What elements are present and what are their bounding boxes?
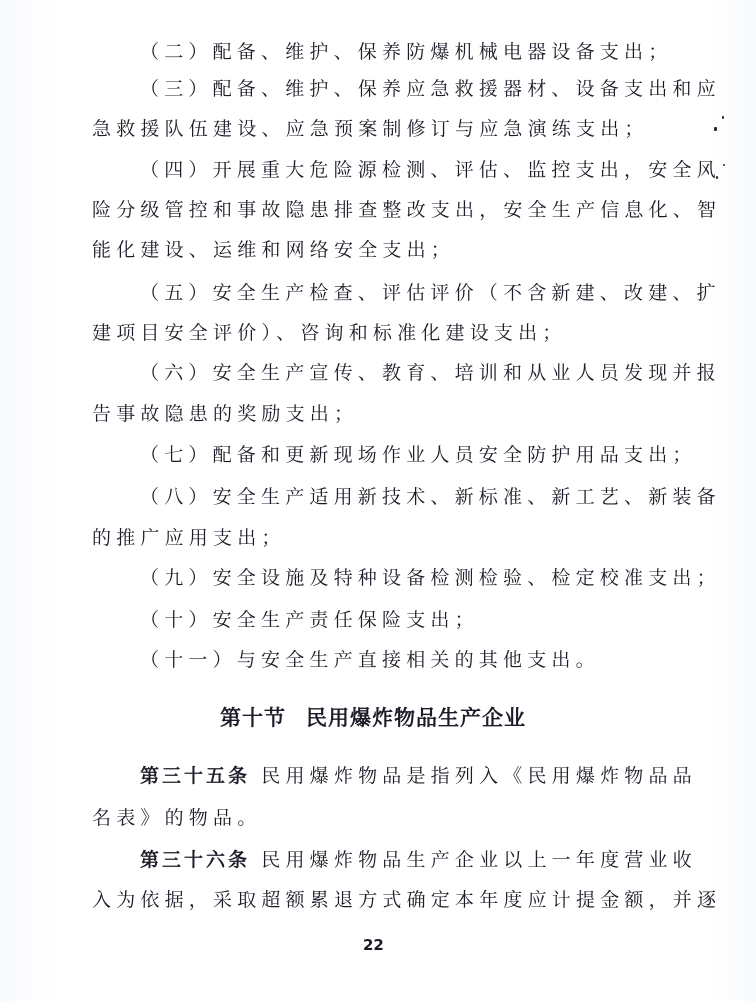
article-35: 第三十五条 民用爆炸物品是指列入《民用爆炸物品品 xyxy=(140,763,697,789)
article-35-text: 民用爆炸物品是指列入《民用爆炸物品品 xyxy=(261,765,697,787)
list-item-3: （三）配备、维护、保养应急救援器材、设备支出和应 xyxy=(140,76,721,102)
list-item-5-continuation: 建项目安全评价）、咨询和标准化建设支出； xyxy=(92,320,567,346)
page-number: 22 xyxy=(363,936,384,954)
list-item-3-continuation: 急救援队伍建设、应急预案制修订与应急演练支出； xyxy=(92,116,649,142)
scan-speck xyxy=(722,116,724,119)
article-35-label: 第三十五条 xyxy=(140,765,250,787)
article-35-continuation: 名表》的物品。 xyxy=(92,805,261,831)
article-36-continuation: 入为依据，采取超额累退方式确定本年度应计提金额，并逐 xyxy=(92,887,721,913)
section-heading: 第十节民用爆炸物品生产企业 xyxy=(220,704,526,732)
list-item-7: （七）配备和更新现场作业人员安全防护用品支出； xyxy=(140,442,697,468)
list-item-9: （九）安全设施及特种设备检测检验、检定校准支出； xyxy=(140,565,721,591)
list-item-8-continuation: 的推广应用支出； xyxy=(92,525,286,551)
section-number: 第十节 xyxy=(220,706,286,730)
list-item-5: （五）安全生产检查、评估评价（不含新建、改建、扩 xyxy=(140,280,721,306)
list-item-4-continuation-1: 险分级管控和事故隐患排查整改支出，安全生产信息化、智 xyxy=(92,197,721,223)
article-36-label: 第三十六条 xyxy=(140,849,250,871)
list-item-11: （十一）与安全生产直接相关的其他支出。 xyxy=(140,647,600,673)
scan-speck xyxy=(723,164,725,166)
section-title: 民用爆炸物品生产企业 xyxy=(306,706,526,730)
list-item-2: （二）配备、维护、保养防爆机械电器设备支出； xyxy=(140,39,672,65)
list-item-8: （八）安全生产适用新技术、新标准、新工艺、新装备 xyxy=(140,484,721,510)
scan-speck xyxy=(716,176,718,179)
list-item-10: （十）安全生产责任保险支出； xyxy=(140,607,479,633)
article-36: 第三十六条 民用爆炸物品生产企业以上一年度营业收 xyxy=(140,847,697,873)
list-item-6-continuation: 告事故隐患的奖励支出； xyxy=(92,401,358,427)
list-item-6: （六）安全生产宣传、教育、培训和从业人员发现并报 xyxy=(140,360,721,386)
scan-speck xyxy=(714,127,717,131)
document-page: （二）配备、维护、保养防爆机械电器设备支出； （三）配备、维护、保养应急救援器材… xyxy=(0,0,756,1001)
list-item-4: （四）开展重大危险源检测、评估、监控支出，安全风 xyxy=(140,157,721,183)
list-item-4-continuation-2: 能化建设、运维和网络安全支出； xyxy=(92,237,455,263)
article-36-text: 民用爆炸物品生产企业以上一年度营业收 xyxy=(261,849,697,871)
